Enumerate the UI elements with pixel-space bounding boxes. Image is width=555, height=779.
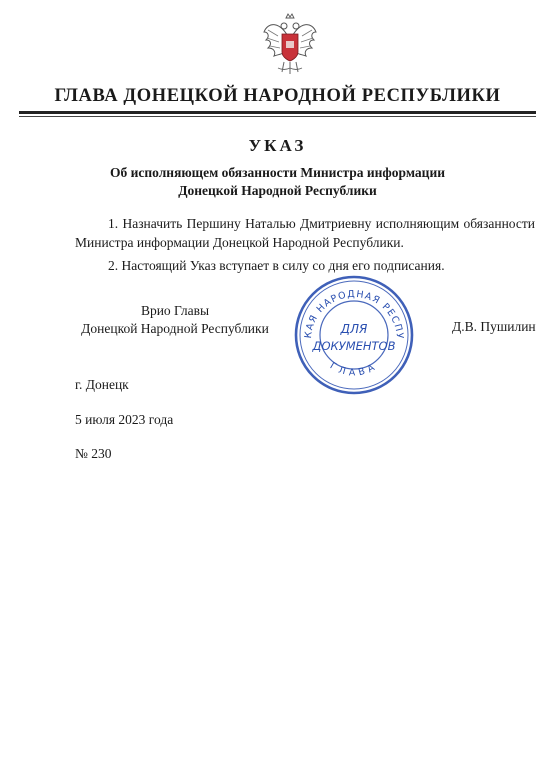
position-line-2: Донецкой Народной Республики xyxy=(75,320,275,338)
subject-line-1: Об исполняющем обязанности Министра инфо… xyxy=(0,164,555,182)
decree-subject: Об исполняющем обязанности Министра инфо… xyxy=(0,164,555,200)
subject-line-2: Донецкой Народной Республики xyxy=(0,182,555,200)
header-rule-thick xyxy=(19,111,536,114)
issue-date: 5 июля 2023 года xyxy=(75,412,173,428)
decree-number: № 230 xyxy=(75,446,112,462)
decree-title: УКАЗ xyxy=(0,136,555,156)
svg-text:ДЛЯ: ДЛЯ xyxy=(340,322,368,336)
signatory-name: Д.В. Пушилин xyxy=(452,319,536,335)
signatory-position: Врио Главы Донецкой Народной Республики xyxy=(75,302,275,338)
position-line-1: Врио Главы xyxy=(75,302,275,320)
paragraph-1: 1. Назначить Першину Наталью Дмитриевну … xyxy=(75,214,535,252)
official-stamp-icon: ДОНЕЦКАЯ НАРОДНАЯ РЕСПУБЛИКА ГЛАВА ДЛЯ Д… xyxy=(291,272,417,398)
header-rule-thin xyxy=(19,116,536,117)
svg-text:ГЛАВА: ГЛАВА xyxy=(328,360,380,378)
issue-city: г. Донецк xyxy=(75,377,129,393)
issuer-title: ГЛАВА ДОНЕЦКОЙ НАРОДНОЙ РЕСПУБЛИКИ xyxy=(0,86,555,107)
coat-of-arms-icon xyxy=(262,10,318,80)
svg-text:ДОКУМЕНТОВ: ДОКУМЕНТОВ xyxy=(311,339,395,353)
